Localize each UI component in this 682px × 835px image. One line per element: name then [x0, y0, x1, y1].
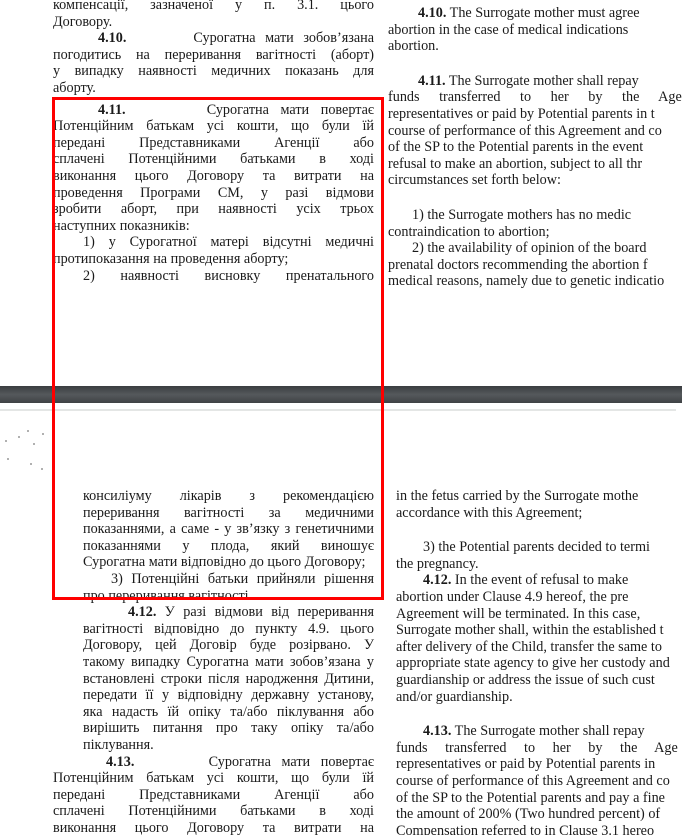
text-line: виконання цього Договору та витрати на: [53, 168, 374, 185]
text-line: переривання вагітності за медичними: [53, 505, 374, 522]
text-line: наступних показників:: [53, 218, 374, 235]
text-line: Compensation referred to in Clause 3.1 h…: [396, 823, 682, 835]
text-line: такому випадку Сурогатна мати зобов’язан…: [53, 654, 374, 671]
text-line: показаннями у плода, який виношує: [53, 538, 374, 555]
text-line: circumstances set forth below:: [388, 172, 682, 189]
clause-number: 4.11.: [98, 102, 126, 118]
text-line: консиліуму лікарів з рекомендацією: [53, 488, 374, 505]
document-page-bottom: консиліуму лікарів з рекомендацією перер…: [0, 403, 682, 835]
text-line: Потенційним батькам усі кошти, що були ї…: [53, 770, 374, 787]
list-item-3: 3) Потенційні батьки прийняли рішення: [53, 571, 374, 588]
text-line: prenatal doctors recommending the aborti…: [388, 257, 682, 274]
text-line: and/or guardianship.: [396, 689, 682, 706]
text-line: Договору.: [53, 14, 374, 31]
text-line: funds transferred to her by the Age: [396, 740, 682, 757]
list-item-1: 1) у Сурогатної матері відсутні медичні: [53, 234, 374, 251]
clause-number: 4.12.: [423, 572, 451, 588]
text-line: in the fetus carried by the Surrogate mo…: [396, 488, 682, 505]
ukrainian-column: компенсації, зазначеної у п. 3.1. цього …: [53, 0, 374, 284]
clause-4-13-heading: 4.13. The Surrogate mother shall repay: [396, 723, 682, 740]
text-line: Agreement will be terminated. In this ca…: [396, 606, 682, 623]
text-line: accordance with this Agreement;: [396, 505, 682, 522]
text-line: компенсації, зазначеної у п. 3.1. цього: [53, 0, 374, 14]
text-line: передати її у відповідну державну устано…: [53, 687, 374, 704]
text-line: funds transferred to her by the Agen: [388, 89, 682, 106]
text-line: сплачені Потенційними батьками в ході: [53, 151, 374, 168]
text-line: of the SP to the Potential parents in th…: [388, 139, 682, 156]
clause-4-10-heading: 4.10. The Surrogate mother must agree: [388, 5, 682, 22]
text-line: the pregnancy.: [396, 556, 682, 573]
text-line: про переривання вагітності.: [53, 588, 374, 605]
clause-4-12-heading: 4.12. У разі відмови від переривання: [53, 604, 374, 621]
clause-number: 4.10.: [418, 5, 446, 21]
text-line: abortion.: [388, 38, 682, 55]
text-line: у випадку наявності медичних показань дл…: [53, 63, 374, 80]
text-line: appropriate state agency to give her cus…: [396, 655, 682, 672]
text-line: вирішить питання про таку опіку та/або: [53, 720, 374, 737]
text-line: встановлені строки після народження Дити…: [53, 671, 374, 688]
clause-4-11-heading: 4.11. The Surrogate mother shall repay: [388, 73, 682, 90]
document-page-top: компенсації, зазначеної у п. 3.1. цього …: [0, 0, 682, 386]
clause-4-11-heading: 4.11. Сурогатна мати повертає: [53, 102, 374, 119]
text-line: course of performance of this Agreement …: [388, 123, 682, 140]
clause-4-10-heading: 4.10. Сурогатна мати зобов’язана: [53, 30, 374, 47]
text-line: contraindication to abortion;: [388, 224, 682, 241]
text-line: Сурогатна мати відповідно до цього Догов…: [53, 554, 374, 571]
text-line: протипоказання на проведення аборту;: [53, 251, 374, 268]
clause-number: 4.11.: [418, 73, 446, 89]
text-line: the amount of 200% (Two hundred percent)…: [396, 806, 682, 823]
text-line: показаннями, а саме - у зв’язку з генети…: [53, 521, 374, 538]
text-line: сплачені Потенційними батьками в ході: [53, 803, 374, 820]
list-item-2: 2) the availability of opinion of the bo…: [388, 240, 682, 257]
text-line: refusal to make an abortion, subject to …: [388, 156, 682, 173]
list-item-3: 3) the Potential parents decided to term…: [396, 539, 682, 556]
text-line: зробити аборт, при наявності усіх трьох: [53, 201, 374, 218]
text-line: яка надасть їй опіку та/або піклування а…: [53, 704, 374, 721]
clause-number: 4.13.: [106, 754, 134, 770]
text-line: of the SP to the Potential parents and p…: [396, 790, 682, 807]
text-line: after delivery of the Child, transfer th…: [396, 639, 682, 656]
text-line: проведення Програми СМ, у разі відмови: [53, 185, 374, 202]
text-line: передані Представниками Агенції або: [53, 135, 374, 152]
text-line: Договору, цей Договір буде розірвано. У: [53, 637, 374, 654]
clause-4-13-heading: 4.13. Сурогатна мати повертає: [53, 754, 374, 771]
clause-number: 4.12.: [128, 604, 156, 620]
list-item-1: 1) the Surrogate mothers has no medic: [388, 207, 682, 224]
list-item-2: 2) наявності висновку пренатального: [53, 268, 374, 285]
text-line: representatives or paid by Potential par…: [396, 756, 682, 773]
text-line: піклування.: [53, 737, 374, 754]
clause-number: 4.10.: [98, 30, 126, 46]
text-line: Потенційним батькам усі кошти, що були ї…: [53, 118, 374, 135]
text-line: medical reasons, namely due to genetic i…: [388, 273, 682, 290]
text-line: representatives or paid by Potential par…: [388, 106, 682, 123]
english-column: in the fetus carried by the Surrogate mo…: [396, 488, 682, 835]
text-line: course of performance of this Agreement …: [396, 773, 682, 790]
text-line: abortion in the case of medical indicati…: [388, 22, 682, 39]
text-line: вагітності відповідно до пункту 4.9. цьо…: [53, 621, 374, 638]
text-line: аборту.: [53, 80, 374, 97]
text-line: Surrogate mother shall, within the estab…: [396, 622, 682, 639]
ukrainian-column: консиліуму лікарів з рекомендацією перер…: [53, 488, 374, 835]
clause-number: 4.13.: [423, 723, 451, 739]
scan-noise: [0, 428, 40, 488]
text-line: виконання цього Договору та витрати на: [53, 820, 374, 835]
text-line: abortion under Clause 4.9 hereof, the pr…: [396, 589, 682, 606]
text-line: guardianship or address the issue of suc…: [396, 672, 682, 689]
clause-4-12-heading: 4.12. In the event of refusal to make: [396, 572, 682, 589]
text-line: погодитись на переривання вагітності (аб…: [53, 47, 374, 64]
scan-edge-line: [0, 409, 676, 411]
english-column: 4.10. The Surrogate mother must agree ab…: [388, 5, 682, 290]
text-line: передані Представниками Агенції або: [53, 787, 374, 804]
